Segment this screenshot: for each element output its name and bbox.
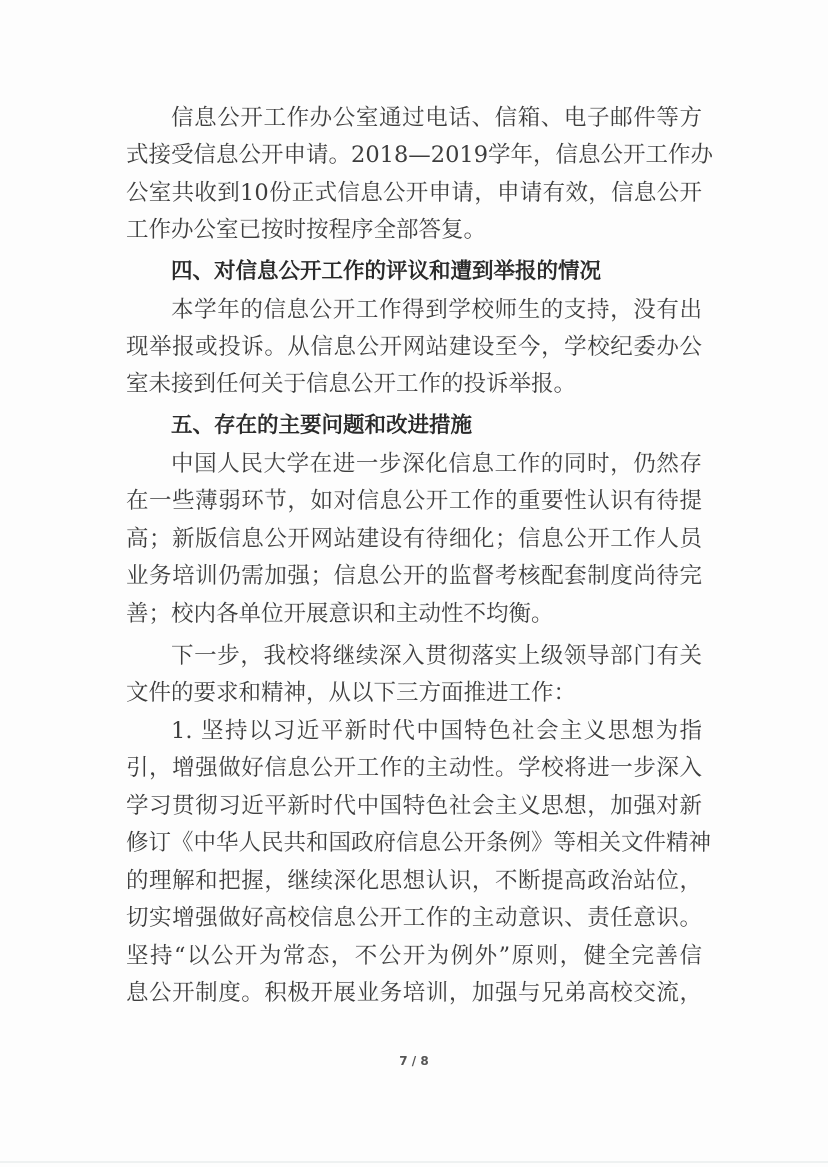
paragraph-line: 在一些薄弱环节，如对信息公开工作的重要性认识有待提	[126, 486, 702, 516]
paragraph-line: 的理解和把握，继续深化思想认识，不断提高政治站位，	[126, 866, 702, 896]
paragraph-line: 信息公开工作办公室通过电话、信箱、电子邮件等方	[171, 103, 702, 133]
paragraph-line: 工作办公室已按时按程序全部答复。	[126, 215, 702, 245]
paragraph-line: 业务培训仍需加强；信息公开的监督考核配套制度尚待完	[126, 561, 702, 591]
paragraph-line: 文件的要求和精神，从以下三方面推进工作：	[126, 678, 702, 708]
section-heading-5: 五、存在的主要问题和改进措施	[171, 411, 472, 441]
paragraph-line: 现举报或投诉。从信息公开网站建设至今，学校纪委办公	[126, 332, 702, 362]
page-bottom-edge	[0, 1161, 828, 1163]
section-heading-4: 四、对信息公开工作的评议和遭到举报的情况	[171, 257, 601, 287]
paragraph-line: 切实增强做好高校信息公开工作的主动意识、责任意识。	[126, 903, 702, 933]
paragraph-line: 学习贯彻习近平新时代中国特色社会主义思想，加强对新	[126, 791, 702, 821]
paragraph-line: 本学年的信息公开工作得到学校师生的支持，没有出	[171, 295, 702, 325]
paragraph-line: 坚持“以公开为常态，不公开为例外”原则，健全完善信	[126, 941, 702, 971]
paragraph-line: 公室共收到10份正式信息公开申请，申请有效，信息公开	[126, 178, 702, 208]
paragraph-line: 中国人民大学在进一步深化信息工作的同时，仍然存	[171, 449, 702, 479]
paragraph-line: 室未接到任何关于信息公开工作的投诉举报。	[126, 369, 702, 399]
paragraph-line: 息公开制度。积极开展业务培训，加强与兄弟高校交流，	[126, 978, 702, 1008]
paragraph-line: 善；校内各单位开展意识和主动性不均衡。	[126, 599, 702, 629]
paragraph-line: 式接受信息公开申请。2018—2019学年，信息公开工作办	[126, 140, 702, 170]
paragraph-line: 下一步，我校将继续深入贯彻落实上级领导部门有关	[171, 641, 702, 671]
paragraph-line: 1. 坚持以习近平新时代中国特色社会主义思想为指	[171, 716, 702, 746]
document-page: 信息公开工作办公室通过电话、信箱、电子邮件等方 式接受信息公开申请。2018—2…	[0, 0, 828, 1167]
paragraph-line: 高；新版信息公开网站建设有待细化；信息公开工作人员	[126, 524, 702, 554]
paragraph-line: 引，增强做好信息公开工作的主动性。学校将进一步深入	[126, 753, 702, 783]
page-number: 7 / 8	[0, 1054, 828, 1068]
paragraph-line: 修订《中华人民共和国政府信息公开条例》等相关文件精神	[126, 828, 702, 858]
